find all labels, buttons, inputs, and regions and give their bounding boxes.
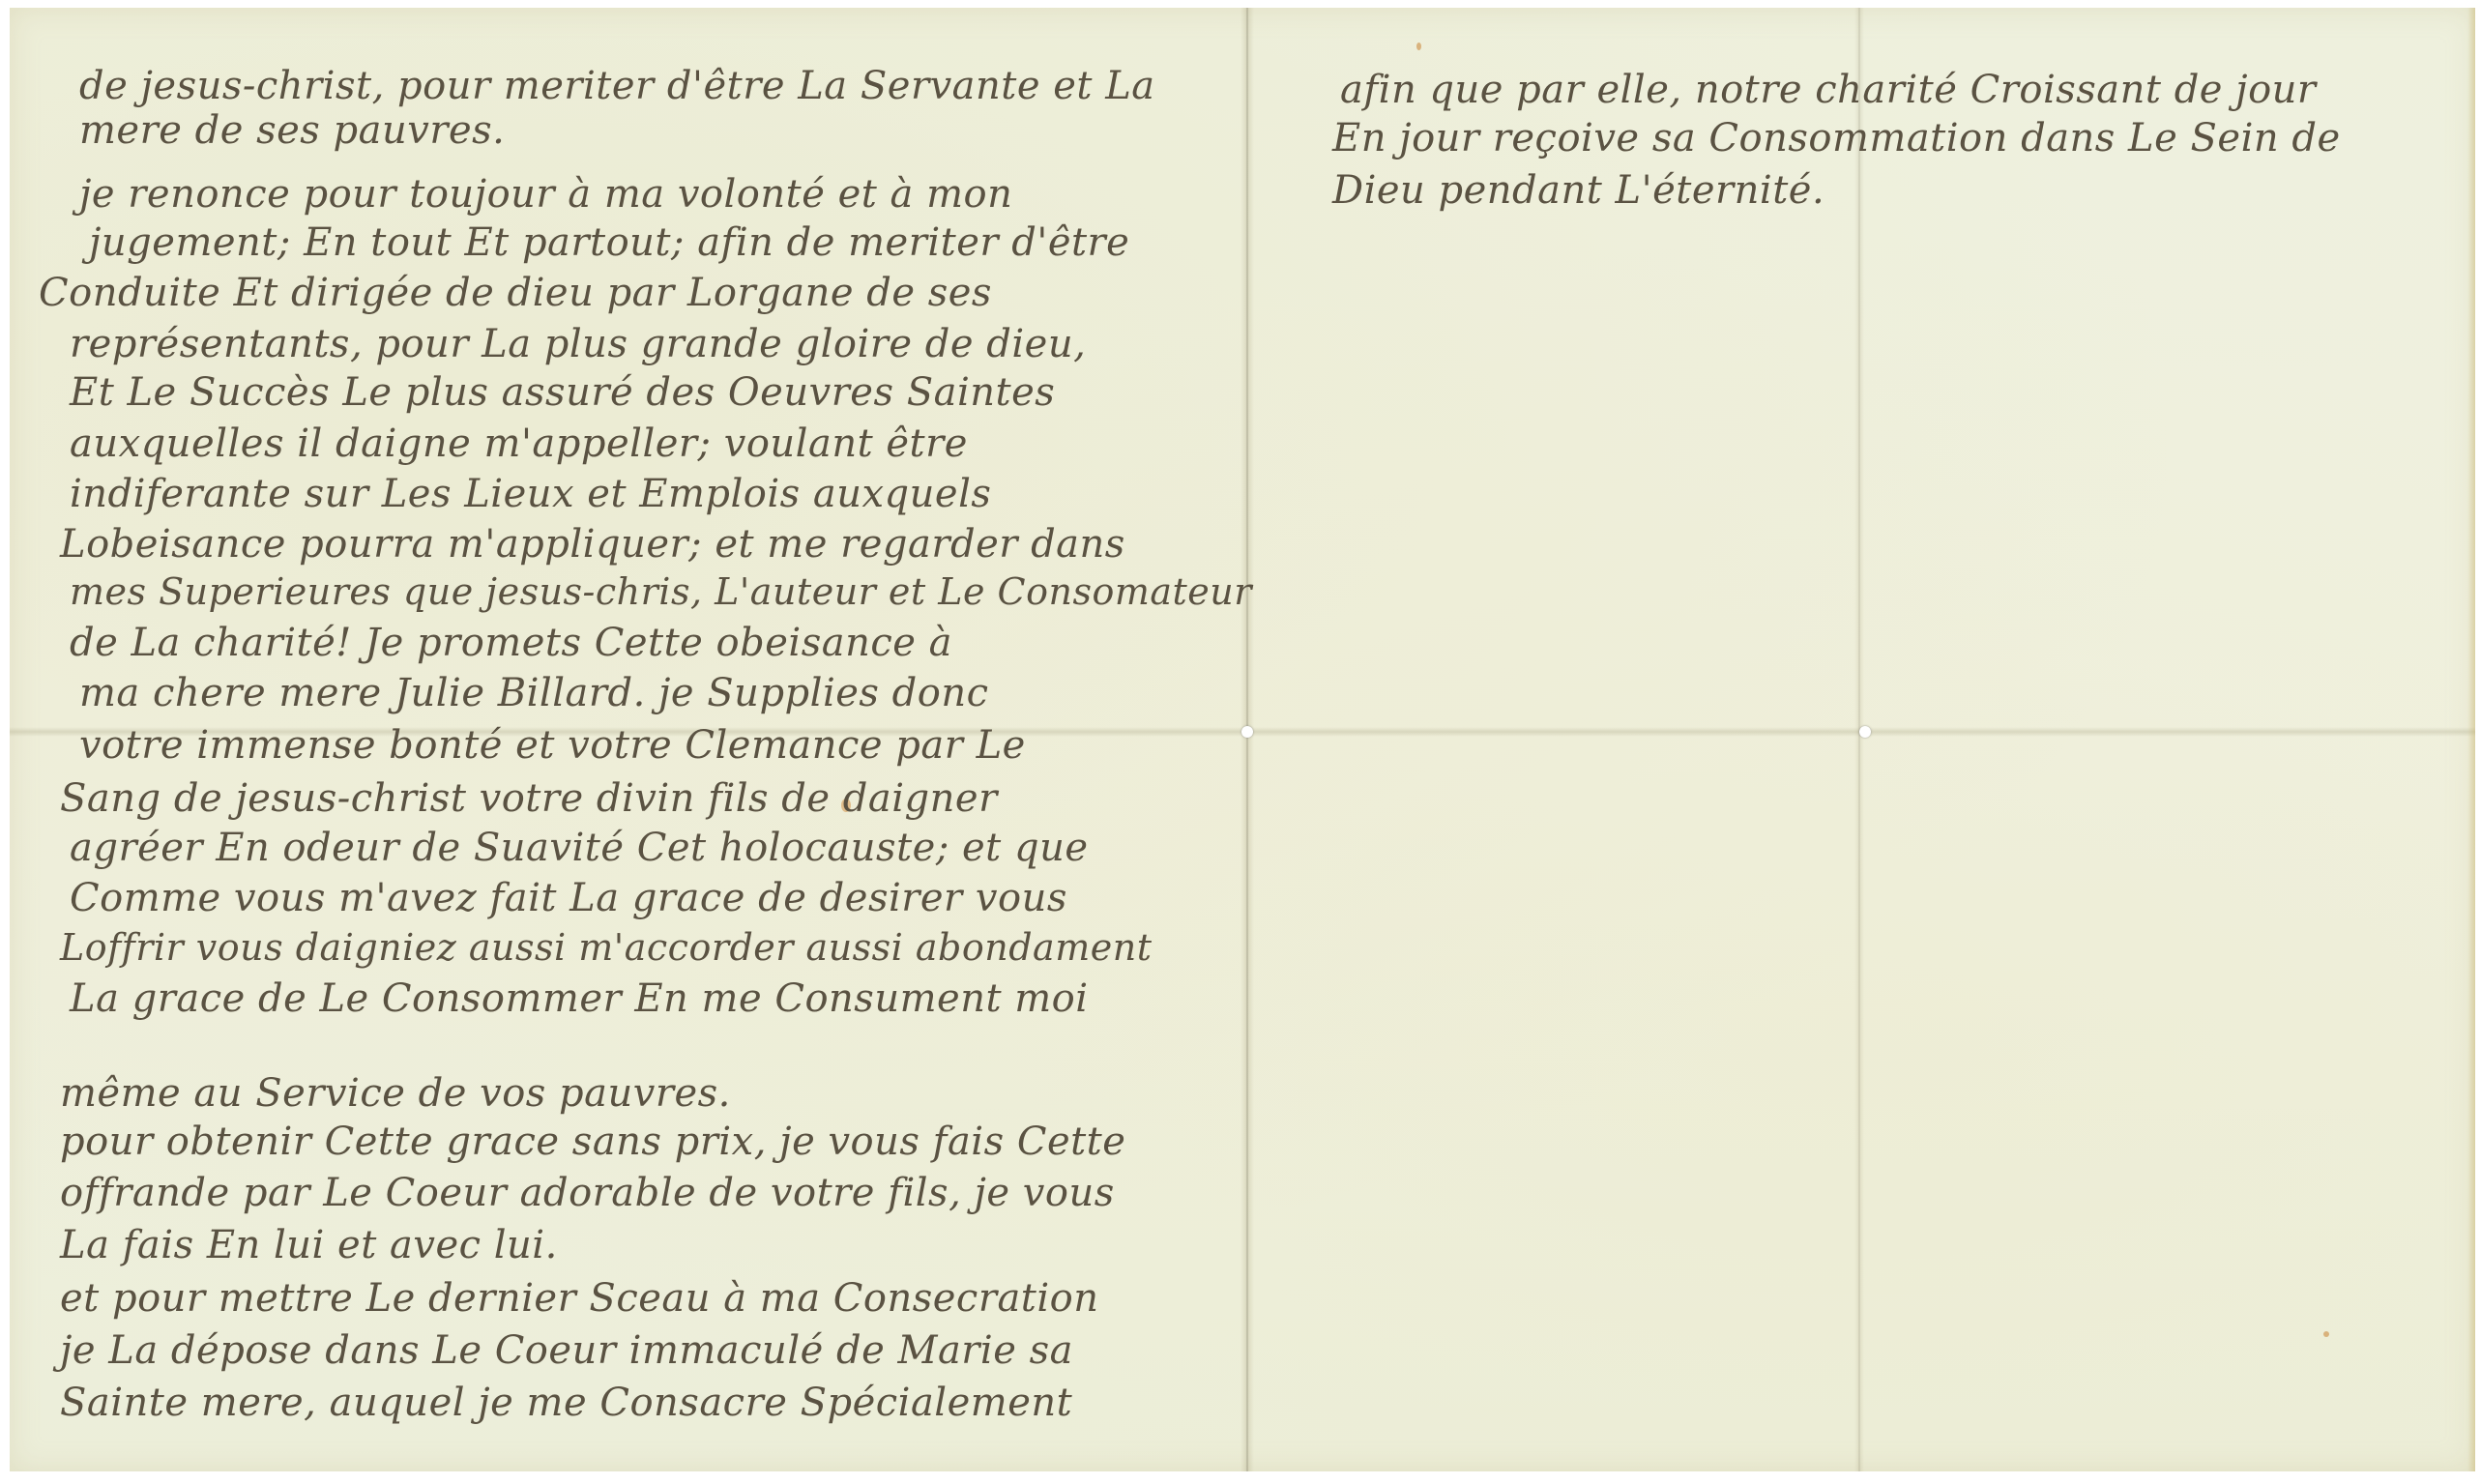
text-line: Dieu pendant L'éternité.: [1332, 168, 1824, 213]
text-line: agréer En odeur de Suavité Cet holocaust…: [70, 826, 1089, 870]
text-line: La fais En lui et avec lui.: [60, 1223, 558, 1267]
text-line: Sainte mere, auquel je me Consacre Spéci…: [60, 1381, 1072, 1425]
text-line: Et Le Succès Le plus assuré des Oeuvres …: [70, 370, 1055, 415]
text-line: offrande par Le Coeur adorable de votre …: [60, 1171, 1115, 1215]
text-line: indiferante sur Les Lieux et Emplois aux…: [70, 472, 991, 516]
text-line: et pour mettre Le dernier Sceau à ma Con…: [60, 1276, 1099, 1321]
text-line: je renonce pour toujour à ma volonté et …: [79, 172, 1012, 217]
text-line: auxquelles il daigne m'appeller; voulant…: [70, 422, 968, 466]
text-line: je La dépose dans Le Coeur immaculé de M…: [60, 1328, 1073, 1373]
text-line: jugement; En tout Et partout; afin de me…: [89, 220, 1129, 265]
text-line: Lobeisance pourra m'appliquer; et me reg…: [60, 522, 1125, 567]
left-page: de jesus-christ, pour meriter d'être La …: [10, 8, 1238, 1471]
text-line: pour obtenir Cette grace sans prix, je v…: [60, 1120, 1125, 1164]
text-line: même au Service de vos pauvres.: [60, 1071, 731, 1116]
text-line: Conduite Et dirigée de dieu par Lorgane …: [39, 271, 992, 315]
right-page: afin que par elle, notre charité Croissa…: [1257, 8, 2475, 1471]
text-line: En jour reçoive sa Consommation dans Le …: [1332, 116, 2341, 160]
text-line: Loffrir vous daigniez aussi m'accorder a…: [60, 926, 1152, 969]
text-line: Comme vous m'avez fait La grace de desir…: [70, 876, 1067, 920]
text-line: mere de ses pauvres.: [79, 108, 505, 153]
text-line: votre immense bonté et votre Clemance pa…: [79, 723, 1026, 768]
text-line: Sang de jesus-christ votre divin fils de…: [60, 776, 998, 821]
letter-sheet: de jesus-christ, pour meriter d'être La …: [10, 8, 2475, 1471]
text-line: La grace de Le Consommer En me Consument…: [70, 976, 1089, 1021]
fold-pinhole-left: [1241, 726, 1253, 738]
text-line: de jesus-christ, pour meriter d'être La …: [79, 64, 1155, 108]
text-line: représentants, pour La plus grande gloir…: [70, 322, 1086, 366]
text-line: ma chere mere Julie Billard. je Supplies…: [79, 671, 989, 715]
text-line: de La charité! Je promets Cette obeisanc…: [70, 621, 952, 665]
center-spine-fold: [1240, 8, 1254, 1471]
text-line: afin que par elle, notre charité Croissa…: [1340, 68, 2317, 112]
text-line: mes Superieures que jesus-chris, L'auteu…: [70, 570, 1252, 613]
